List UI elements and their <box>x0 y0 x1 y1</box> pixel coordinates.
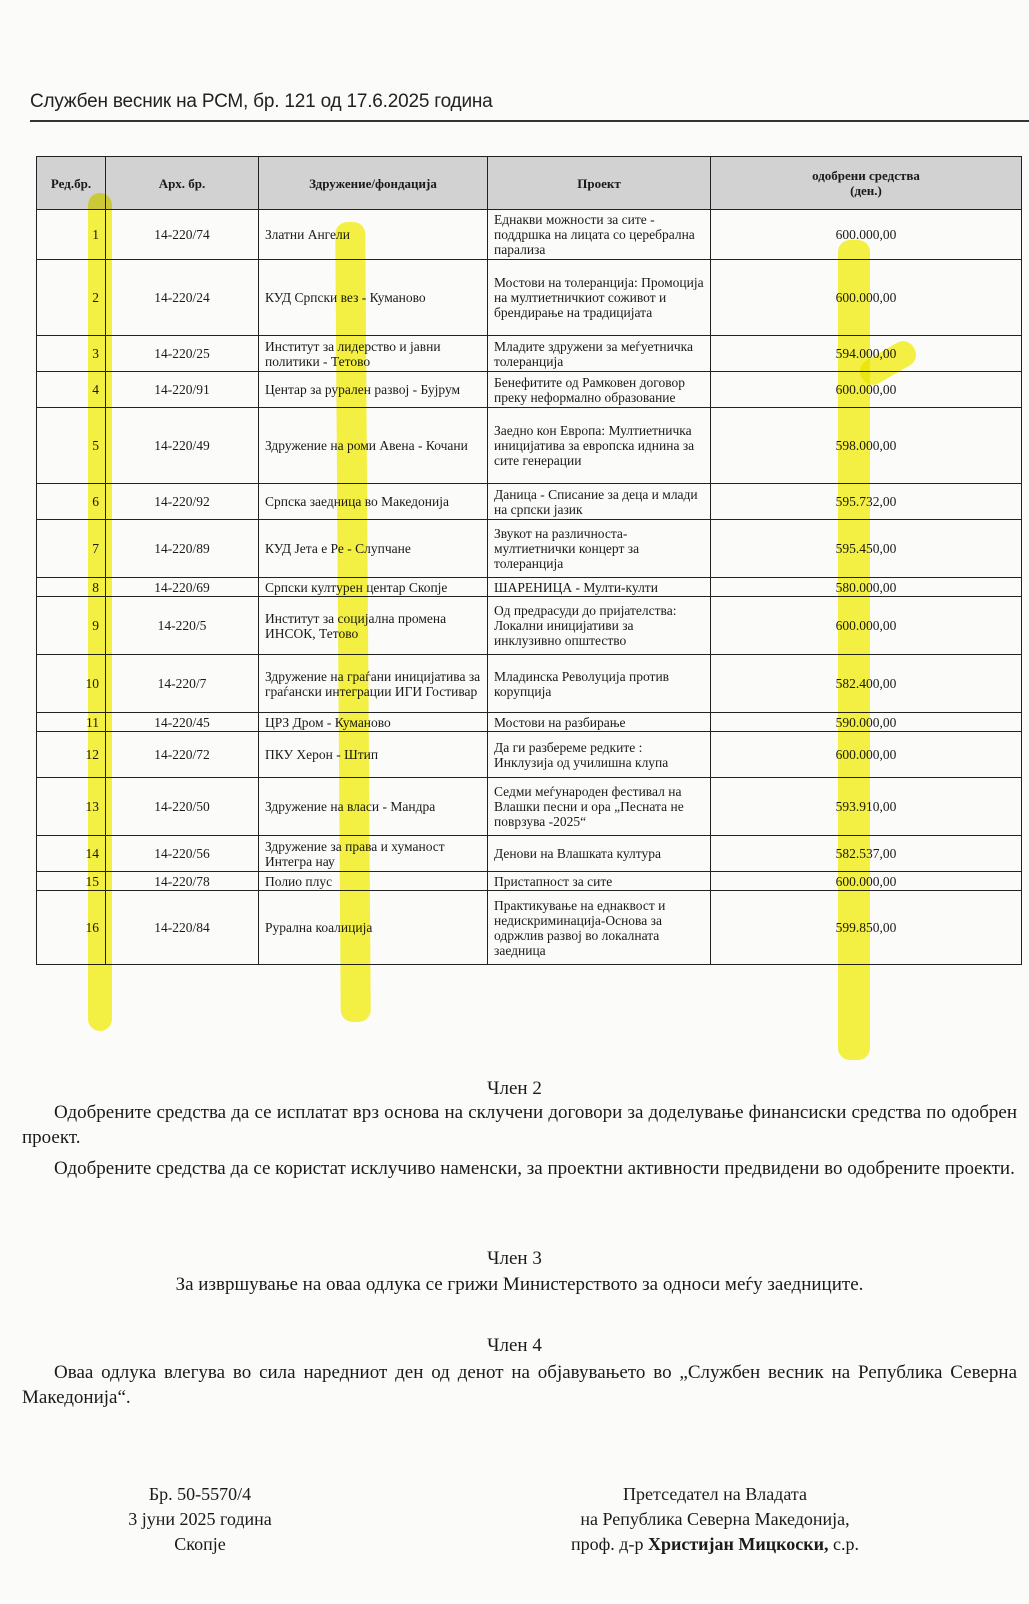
approved-amount: 600.000,00 <box>711 732 1022 778</box>
approved-amount: 593.910,00 <box>711 778 1022 836</box>
archive-number: 14-220/49 <box>106 408 259 484</box>
row-number: 11 <box>37 713 106 732</box>
row-number: 10 <box>37 655 106 713</box>
row-number: 1 <box>37 210 106 260</box>
organization-name: Српски културен центар Скопје <box>259 578 488 597</box>
signatory-name: Христијан Мицкоски, <box>648 1534 829 1554</box>
project-name: Мостови на толеранција: Промоција на мул… <box>488 260 711 336</box>
project-name: Еднакви можности за сите - поддршка на л… <box>488 210 711 260</box>
signatory-title-line1: Претседател на Владата <box>520 1482 910 1507</box>
project-name: Звукот на различноста-мултиетнички конце… <box>488 520 711 578</box>
article-3-paragraph-1: За извршување на оваа одлука се грижи Ми… <box>22 1272 1017 1297</box>
archive-number: 14-220/45 <box>106 713 259 732</box>
archive-number: 14-220/69 <box>106 578 259 597</box>
col-header-no: Ред.бр. <box>37 157 106 210</box>
table-row: 114-220/74Златни АнгелиЕднакви можности … <box>37 210 1022 260</box>
table-row: 414-220/91Центар за рурален развој - Буј… <box>37 372 1022 408</box>
col-header-amount-line1: одобрени средства <box>812 168 920 183</box>
archive-number: 14-220/84 <box>106 891 259 965</box>
approved-amount: 600.000,00 <box>711 210 1022 260</box>
row-number: 8 <box>37 578 106 597</box>
approved-amount: 600.000,00 <box>711 372 1022 408</box>
archive-number: 14-220/7 <box>106 655 259 713</box>
decision-number: Бр. 50-5570/4 <box>95 1482 305 1507</box>
gazette-header: Службен весник на РСМ, бр. 121 од 17.6.2… <box>30 91 1029 113</box>
decision-reference: Бр. 50-5570/4 3 јуни 2025 година Скопје <box>95 1482 305 1557</box>
approved-amount: 582.400,00 <box>711 655 1022 713</box>
table-row: 614-220/92Српска заедница во МакедонијаД… <box>37 484 1022 520</box>
approved-amount: 580.000,00 <box>711 578 1022 597</box>
archive-number: 14-220/50 <box>106 778 259 836</box>
approved-amount: 595.450,00 <box>711 520 1022 578</box>
organization-name: Рурална коалиција <box>259 891 488 965</box>
signatory-prefix: проф. д-р <box>571 1534 648 1554</box>
col-header-amount-line2: (ден.) <box>850 183 882 198</box>
col-header-amount: одобрени средства (ден.) <box>711 157 1022 210</box>
row-number: 15 <box>37 872 106 891</box>
archive-number: 14-220/72 <box>106 732 259 778</box>
row-number: 4 <box>37 372 106 408</box>
approved-amount: 599.850,00 <box>711 891 1022 965</box>
project-name: ШАРЕНИЦА - Мулти-култи <box>488 578 711 597</box>
organization-name: Златни Ангели <box>259 210 488 260</box>
organization-name: Здружение на граѓани иницијатива за граѓ… <box>259 655 488 713</box>
project-name: Младите здружени за меѓуетничка толеранц… <box>488 336 711 372</box>
archive-number: 14-220/74 <box>106 210 259 260</box>
approved-amount: 598.000,00 <box>711 408 1022 484</box>
organization-name: ПКУ Херон - Штип <box>259 732 488 778</box>
project-name: Од предрасуди до пријателства: Локални и… <box>488 597 711 655</box>
organization-name: КУД Српски вез - Куманово <box>259 260 488 336</box>
organization-name: Здружение на роми Авена - Кочани <box>259 408 488 484</box>
row-number: 2 <box>37 260 106 336</box>
grants-table: Ред.бр. Арх. бр. Здружение/фондација Про… <box>36 156 1022 965</box>
organization-name: Центар за рурален развој - Бујрум <box>259 372 488 408</box>
col-header-project: Проект <box>488 157 711 210</box>
archive-number: 14-220/89 <box>106 520 259 578</box>
archive-number: 14-220/5 <box>106 597 259 655</box>
row-number: 3 <box>37 336 106 372</box>
table-row: 914-220/5Институт за социјална промена И… <box>37 597 1022 655</box>
organization-name: КУД Јета е Ре - Слупчане <box>259 520 488 578</box>
archive-number: 14-220/91 <box>106 372 259 408</box>
approved-amount: 600.000,00 <box>711 260 1022 336</box>
signatory-title-line2: на Република Северна Македонија, <box>520 1507 910 1532</box>
article-4-paragraph-1: Оваа одлука влегува во сила наредниот де… <box>22 1360 1017 1410</box>
archive-number: 14-220/24 <box>106 260 259 336</box>
decision-place: Скопје <box>95 1532 305 1557</box>
project-name: Бенефитите од Рамковен договор преку неф… <box>488 372 711 408</box>
article-3-title: Член 3 <box>0 1248 1029 1270</box>
table-row: 1414-220/56Здружение за права и хуманост… <box>37 836 1022 872</box>
approved-amount: 600.000,00 <box>711 872 1022 891</box>
table-row: 514-220/49Здружение на роми Авена - Коча… <box>37 408 1022 484</box>
signatory-suffix: с.р. <box>829 1534 860 1554</box>
row-number: 13 <box>37 778 106 836</box>
table-row: 1514-220/78Полио плусПристапност за сите… <box>37 872 1022 891</box>
organization-name: Институт за социјална промена ИНСОК, Тет… <box>259 597 488 655</box>
organization-name: Здружение за права и хуманост Интегра на… <box>259 836 488 872</box>
organization-name: ЦРЗ Дром - Куманово <box>259 713 488 732</box>
project-name: Седми меѓународен фестивал на Влашки пес… <box>488 778 711 836</box>
table-row: 814-220/69Српски културен центар СкопјеШ… <box>37 578 1022 597</box>
row-number: 14 <box>37 836 106 872</box>
organization-name: Институт за лидерство и јавни политики -… <box>259 336 488 372</box>
archive-number: 14-220/56 <box>106 836 259 872</box>
organization-name: Здружение на власи - Мандра <box>259 778 488 836</box>
row-number: 6 <box>37 484 106 520</box>
article-2-title: Член 2 <box>0 1078 1029 1100</box>
decision-date: 3 јуни 2025 година <box>95 1507 305 1532</box>
table-row: 214-220/24КУД Српски вез - КумановоМосто… <box>37 260 1022 336</box>
table-header-row: Ред.бр. Арх. бр. Здружение/фондација Про… <box>37 157 1022 210</box>
project-name: Мостови на разбирање <box>488 713 711 732</box>
table-row: 1114-220/45ЦРЗ Дром - КумановоМостови на… <box>37 713 1022 732</box>
table-row: 314-220/25Институт за лидерство и јавни … <box>37 336 1022 372</box>
approved-amount: 594.000,00 <box>711 336 1022 372</box>
signatory-name-line: проф. д-р Христијан Мицкоски, с.р. <box>520 1532 910 1557</box>
header-rule <box>30 120 1029 122</box>
approved-amount: 582.537,00 <box>711 836 1022 872</box>
signatory-block: Претседател на Владата на Република Севе… <box>520 1482 910 1557</box>
row-number: 16 <box>37 891 106 965</box>
col-header-arch: Арх. бр. <box>106 157 259 210</box>
project-name: Практикување на еднаквост и недискримина… <box>488 891 711 965</box>
archive-number: 14-220/78 <box>106 872 259 891</box>
col-header-org: Здружение/фондација <box>259 157 488 210</box>
project-name: Даница - Списание за деца и млади на срп… <box>488 484 711 520</box>
organization-name: Полио плус <box>259 872 488 891</box>
project-name: Заедно кон Европа: Мултиетничка иницијат… <box>488 408 711 484</box>
table-row: 714-220/89КУД Јета е Ре - СлупчанеЗвукот… <box>37 520 1022 578</box>
project-name: Младинска Револуција против корупција <box>488 655 711 713</box>
project-name: Да ги разбереме редките : Инклузија од у… <box>488 732 711 778</box>
article-4-title: Член 4 <box>0 1335 1029 1357</box>
table-row: 1014-220/7Здружение на граѓани иницијати… <box>37 655 1022 713</box>
approved-amount: 600.000,00 <box>711 597 1022 655</box>
approved-amount: 590.000,00 <box>711 713 1022 732</box>
project-name: Денови на Влашката култура <box>488 836 711 872</box>
row-number: 7 <box>37 520 106 578</box>
table-row: 1314-220/50Здружение на власи - МандраСе… <box>37 778 1022 836</box>
article-2-paragraph-1: Одобрените средства да се исплатат врз о… <box>22 1100 1017 1150</box>
table-row: 1614-220/84Рурална коалицијаПрактикување… <box>37 891 1022 965</box>
project-name: Пристапност за сите <box>488 872 711 891</box>
row-number: 9 <box>37 597 106 655</box>
archive-number: 14-220/25 <box>106 336 259 372</box>
archive-number: 14-220/92 <box>106 484 259 520</box>
organization-name: Српска заедница во Македонија <box>259 484 488 520</box>
approved-amount: 595.732,00 <box>711 484 1022 520</box>
row-number: 5 <box>37 408 106 484</box>
row-number: 12 <box>37 732 106 778</box>
table-row: 1214-220/72ПКУ Херон - ШтипДа ги разбере… <box>37 732 1022 778</box>
article-2-paragraph-2: Одобрените средства да се користат исклу… <box>22 1156 1017 1181</box>
